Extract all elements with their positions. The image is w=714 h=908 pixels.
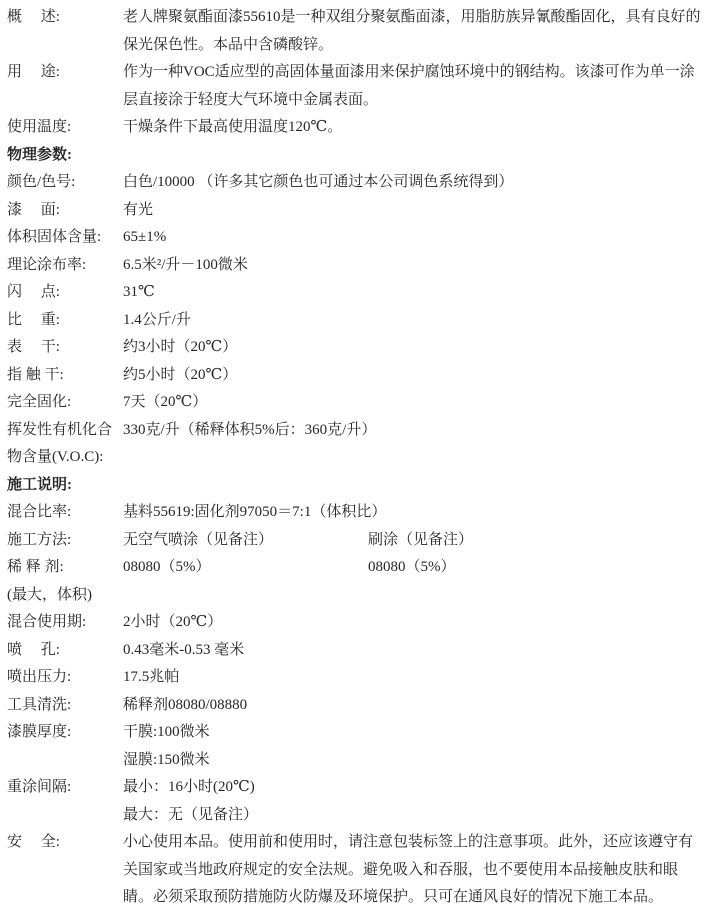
product-datasheet: 概 述:老人牌聚氨酯面漆55610是一种双组分聚氨酯面漆，用脂肪族异氰酸酯固化，… [7,4,705,908]
value-line: 小心使用本品。使用前和使用时，请注意包装标签上的注意事项。此外，还应该遵守有关国… [123,829,705,908]
field-value: 基料55619:固化剂97050＝7:1（体积比） [123,499,705,527]
spec-row: 喷出压力:17.5兆帕 [7,664,705,692]
value-line: 老人牌聚氨酯面漆55610是一种双组分聚氨酯面漆，用脂肪族异氰酸酯固化，具有良好… [123,4,705,59]
spec-row: 理论涂布率:6.5米²/升－100微米 [7,252,705,280]
spec-row: 闪 点:31℃ [7,279,705,307]
field-label: 稀 释 剂: [7,554,123,582]
value-line: 约5小时（20℃） [123,362,705,390]
field-label: (最大，体积) [7,582,123,610]
value-line: 2小时（20℃） [123,609,705,637]
value-line: 最小：16小时(20℃) [123,774,705,802]
value-text: 作为一种VOC适应型的高固体量面漆用来保护腐蚀环境中的钢结构。该漆可作为单一涂层… [123,64,695,108]
spec-row: 表 干:约3小时（20℃） [7,334,705,362]
field-value: 约3小时（20℃） [123,334,705,362]
field-value: 约5小时（20℃） [123,362,705,390]
spec-row: 工具清洗:稀释剂08080/08880 [7,692,705,720]
field-value: 稀释剂08080/08880 [123,692,705,720]
field-label: 闪 点: [7,279,123,307]
field-value: 老人牌聚氨酯面漆55610是一种双组分聚氨酯面漆，用脂肪族异氰酸酯固化，具有良好… [123,4,705,59]
value-text: 1.4公斤/升 [123,312,191,328]
field-value: 干膜:100微米湿膜:150微米 [123,719,705,774]
value-line: 干膜:100微米 [123,719,705,747]
value-text: 约3小时（20℃） [123,339,237,355]
value-line: 有光 [123,197,705,225]
value-line: 基料55619:固化剂97050＝7:1（体积比） [123,499,705,527]
value-text: 6.5米²/升－100微米 [123,257,248,273]
value-text: 最大：无（见备注） [123,807,258,823]
section-heading: 施工说明: [7,472,705,500]
spec-row: 指 触 干:约5小时（20℃） [7,362,705,390]
spec-row: 重涂间隔:最小：16小时(20℃)最大：无（见备注） [7,774,705,829]
field-label: 使用温度: [7,114,123,142]
value-text: 0.43毫米-0.53 毫米 [123,642,244,658]
value-text-col2: 08080（5%） [368,554,456,582]
value-text: 小心使用本品。使用前和使用时，请注意包装标签上的注意事项。此外，还应该遵守有关国… [123,834,693,905]
value-text: 31℃ [123,284,155,300]
value-line: 白色/10000 （许多其它颜色也可通过本公司调色系统得到） [123,169,705,197]
field-value: 作为一种VOC适应型的高固体量面漆用来保护腐蚀环境中的钢结构。该漆可作为单一涂层… [123,59,705,114]
value-text: 干膜:100微米 [123,724,210,740]
spec-row: 安 全:小心使用本品。使用前和使用时，请注意包装标签上的注意事项。此外，还应该遵… [7,829,705,908]
spec-row: 喷 孔:0.43毫米-0.53 毫米 [7,637,705,665]
value-text: 330克/升（稀释体积5%后：360克/升） [123,422,376,438]
spec-row: 完全固化:7天（20℃） [7,389,705,417]
spec-row: (最大，体积) [7,582,705,610]
field-label: 重涂间隔: [7,774,123,802]
field-label: 喷出压力: [7,664,123,692]
spec-row: 混合使用期:2小时（20℃） [7,609,705,637]
value-line: 最大：无（见备注） [123,802,705,830]
field-label: 体积固体含量: [7,224,123,252]
spec-row: 比 重:1.4公斤/升 [7,307,705,335]
value-line: 08080（5%）08080（5%） [123,554,705,582]
spec-row: 混合比率:基料55619:固化剂97050＝7:1（体积比） [7,499,705,527]
field-label: 漆膜厚度: [7,719,123,747]
value-line: 湿膜:150微米 [123,747,705,775]
value-text: 2小时（20℃） [123,614,222,630]
field-label: 施工方法: [7,527,123,555]
spec-row: 使用温度:干燥条件下最高使用温度120℃。 [7,114,705,142]
field-label: 比 重: [7,307,123,335]
section-heading-row: 物理参数: [7,142,705,170]
spec-row: 概 述:老人牌聚氨酯面漆55610是一种双组分聚氨酯面漆，用脂肪族异氰酸酯固化，… [7,4,705,59]
value-text: 湿膜:150微米 [123,752,210,768]
value-text: 干燥条件下最高使用温度120℃。 [123,119,342,135]
field-value: 330克/升（稀释体积5%后：360克/升） [123,417,705,445]
field-label: 安 全: [7,829,123,857]
field-label: 漆 面: [7,197,123,225]
value-text: 基料55619:固化剂97050＝7:1（体积比） [123,504,386,520]
field-value: 无空气喷涂（见备注）刷涂（见备注） [123,527,705,555]
spec-row: 颜色/色号:白色/10000 （许多其它颜色也可通过本公司调色系统得到） [7,169,705,197]
value-text: 17.5兆帕 [123,669,179,685]
field-label: 喷 孔: [7,637,123,665]
field-value: 17.5兆帕 [123,664,705,692]
value-text: 老人牌聚氨酯面漆55610是一种双组分聚氨酯面漆，用脂肪族异氰酸酯固化，具有良好… [123,9,701,53]
value-line: 干燥条件下最高使用温度120℃。 [123,114,705,142]
field-label: 挥发性有机化合物含量(V.O.C): [7,417,123,472]
value-line: 17.5兆帕 [123,664,705,692]
field-label: 混合使用期: [7,609,123,637]
value-text: 08080（5%） [123,559,211,575]
value-line: 作为一种VOC适应型的高固体量面漆用来保护腐蚀环境中的钢结构。该漆可作为单一涂层… [123,59,705,114]
spec-row: 漆 面:有光 [7,197,705,225]
value-line: 0.43毫米-0.53 毫米 [123,637,705,665]
field-value: 小心使用本品。使用前和使用时，请注意包装标签上的注意事项。此外，还应该遵守有关国… [123,829,705,908]
field-value: 干燥条件下最高使用温度120℃。 [123,114,705,142]
field-label: 理论涂布率: [7,252,123,280]
value-line: 7天（20℃） [123,389,705,417]
field-value: 0.43毫米-0.53 毫米 [123,637,705,665]
value-line: 65±1% [123,224,705,252]
field-value: 7天（20℃） [123,389,705,417]
field-value: 2小时（20℃） [123,609,705,637]
field-value: 08080（5%）08080（5%） [123,554,705,582]
spec-row: 挥发性有机化合物含量(V.O.C):330克/升（稀释体积5%后：360克/升） [7,417,705,472]
field-value: 有光 [123,197,705,225]
spec-row: 用 途:作为一种VOC适应型的高固体量面漆用来保护腐蚀环境中的钢结构。该漆可作为… [7,59,705,114]
field-value: 最小：16小时(20℃)最大：无（见备注） [123,774,705,829]
value-line: 330克/升（稀释体积5%后：360克/升） [123,417,705,445]
spec-row: 施工方法:无空气喷涂（见备注）刷涂（见备注） [7,527,705,555]
section-heading: 物理参数: [7,142,705,170]
field-label: 用 途: [7,59,123,87]
value-line: 1.4公斤/升 [123,307,705,335]
value-text: 65±1% [123,229,166,245]
value-text: 7天（20℃） [123,394,207,410]
field-label: 指 触 干: [7,362,123,390]
value-text: 稀释剂08080/08880 [123,697,247,713]
value-text: 无空气喷涂（见备注） [123,532,273,548]
value-text: 白色/10000 （许多其它颜色也可通过本公司调色系统得到） [123,174,513,190]
field-label: 工具清洗: [7,692,123,720]
value-line: 约3小时（20℃） [123,334,705,362]
value-text: 约5小时（20℃） [123,367,237,383]
value-line: 稀释剂08080/08880 [123,692,705,720]
value-line: 31℃ [123,279,705,307]
field-value: 1.4公斤/升 [123,307,705,335]
value-line: 无空气喷涂（见备注）刷涂（见备注） [123,527,705,555]
spec-row: 漆膜厚度:干膜:100微米湿膜:150微米 [7,719,705,774]
value-text: 最小：16小时(20℃) [123,779,255,795]
field-label: 混合比率: [7,499,123,527]
field-label: 完全固化: [7,389,123,417]
spec-row: 稀 释 剂:08080（5%）08080（5%） [7,554,705,582]
value-line: 6.5米²/升－100微米 [123,252,705,280]
spec-row: 体积固体含量:65±1% [7,224,705,252]
field-value: 白色/10000 （许多其它颜色也可通过本公司调色系统得到） [123,169,705,197]
field-label: 表 干: [7,334,123,362]
value-text-col2: 刷涂（见备注） [368,527,473,555]
value-text: 有光 [123,202,153,218]
field-value: 65±1% [123,224,705,252]
field-value: 6.5米²/升－100微米 [123,252,705,280]
section-heading-row: 施工说明: [7,472,705,500]
field-label: 颜色/色号: [7,169,123,197]
field-value: 31℃ [123,279,705,307]
field-label: 概 述: [7,4,123,32]
